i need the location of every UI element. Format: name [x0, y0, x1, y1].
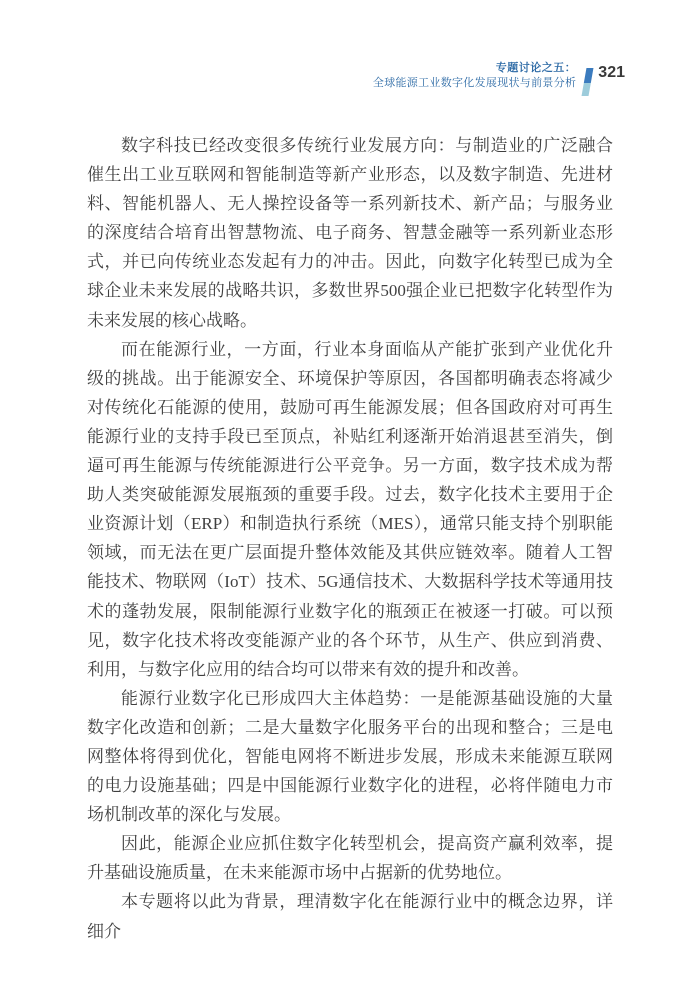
accent-bar-top: [584, 68, 594, 83]
running-header-titles: 专题讨论之五： 全球能源工业数字化发展现状与前景分析: [373, 61, 576, 91]
document-page: 专题讨论之五： 全球能源工业数字化发展现状与前景分析 321 数字科技已经改变很…: [0, 0, 699, 982]
paragraph: 数字科技已经改变很多传统行业发展方向：与制造业的广泛融合催生出工业互联网和智能制…: [87, 131, 613, 335]
section-title: 全球能源工业数字化发展现状与前景分析: [373, 76, 576, 91]
section-eyebrow: 专题讨论之五：: [373, 61, 576, 76]
accent-bar: [582, 68, 594, 96]
paragraph: 本专题将以此为背景，理清数字化在能源行业中的概念边界，详细介: [87, 887, 613, 945]
paragraph: 因此，能源企业应抓住数字化转型机会，提高资产赢利效率，提升基础设施质量，在未来能…: [87, 829, 613, 887]
accent-bar-bottom: [582, 83, 591, 96]
paragraph: 能源行业数字化已形成四大主体趋势：一是能源基础设施的大量数字化改造和创新；二是大…: [87, 684, 613, 829]
paragraph: 而在能源行业，一方面，行业本身面临从产能扩张到产业优化升级的挑战。出于能源安全、…: [87, 335, 613, 684]
running-header: 专题讨论之五： 全球能源工业数字化发展现状与前景分析 321: [373, 61, 625, 96]
page-number: 321: [598, 65, 625, 81]
document-body: 数字科技已经改变很多传统行业发展方向：与制造业的广泛融合催生出工业互联网和智能制…: [87, 131, 613, 946]
